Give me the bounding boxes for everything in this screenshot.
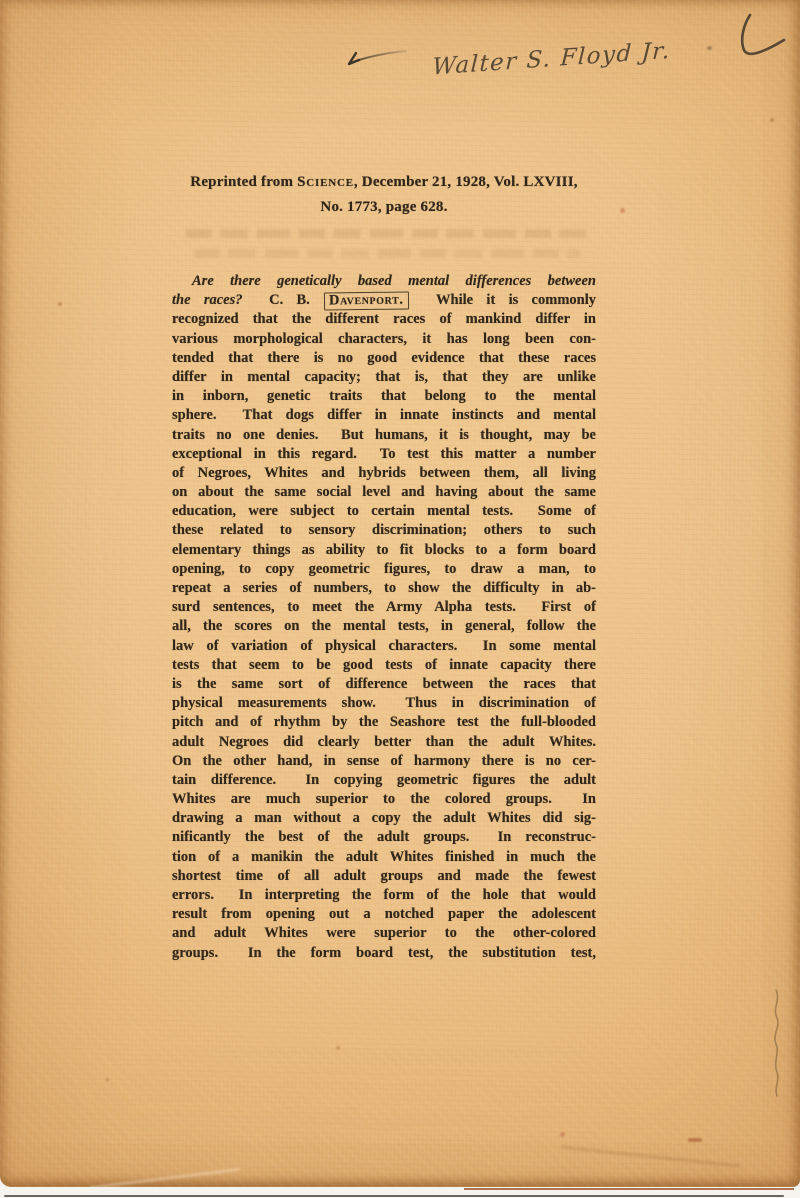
text-segment: traits no one denies. But humans, it is …: [172, 427, 596, 443]
text-segment: tests that seem to be good tests of inna…: [172, 657, 596, 673]
text-segment: On the other hand, in sense of harmony t…: [172, 753, 596, 769]
text-segment: adult Negroes did clearly better than th…: [172, 734, 596, 750]
text-segment: education, were subject to certain menta…: [172, 503, 596, 519]
scanned-document-page: Walter S. Floyd Jr. Reprinted from Scien…: [0, 0, 800, 1198]
text-line: adult Negroes did clearly better than th…: [172, 733, 596, 752]
header-suffix: , December 21, 1928, Vol. LXVIII,: [354, 174, 578, 190]
text-segment: sphere. That dogs differ in innate insti…: [172, 407, 596, 423]
text-line: surd sentences, to meet the Army Alpha t…: [172, 598, 596, 617]
text-line: on about the same social level and havin…: [172, 483, 596, 502]
text-line: physical measurements show. Thus in disc…: [172, 694, 596, 713]
text-segment: repeat a series of numbers, to show the …: [172, 580, 596, 596]
text-segment: tion of a manikin the adult Whites finis…: [172, 849, 596, 865]
text-segment: tain difference. In copying geometric fi…: [172, 772, 596, 788]
text-line: the races? C. B. Davenport. While it is …: [172, 291, 596, 310]
text-line: differ in mental capacity; that is, that…: [172, 368, 596, 387]
text-line: all, the scores on the mental tests, in …: [172, 617, 596, 636]
text-segment: tended that there is no good evidence th…: [172, 350, 596, 366]
text-line: these related to sensory discrimination;…: [172, 521, 596, 540]
text-segment: differ in mental capacity; that is, that…: [172, 369, 596, 385]
text-segment: opening, to copy geometric figures, to d…: [172, 561, 596, 577]
scanner-edge-line: [4, 1195, 784, 1197]
text-segment: the races?: [172, 292, 243, 308]
text-line: exceptional in this regard. To test this…: [172, 445, 596, 464]
text-line: tion of a manikin the adult Whites finis…: [172, 848, 596, 867]
text-line: shortest time of all adult groups and ma…: [172, 867, 596, 886]
text-line: traits no one denies. But humans, it is …: [172, 426, 596, 445]
text-line: elementary things as ability to fit bloc…: [172, 541, 596, 560]
text-segment: elementary things as ability to fit bloc…: [172, 542, 596, 558]
text-segment: on about the same social level and havin…: [172, 484, 596, 500]
text-line: nificantly the best of the adult groups.…: [172, 828, 596, 847]
boxed-author-name: Davenport.: [324, 292, 409, 311]
text-segment: recognized that the different races of m…: [172, 311, 596, 327]
text-segment: various morphological characters, it has…: [172, 331, 596, 347]
text-segment: C. B.: [243, 292, 324, 308]
text-line: law of variation of physical characters.…: [172, 637, 596, 656]
text-segment: nificantly the best of the adult groups.…: [172, 829, 596, 845]
text-segment: exceptional in this regard. To test this…: [172, 446, 596, 462]
text-segment: drawing a man without a copy the adult W…: [172, 810, 596, 826]
text-segment: of Negroes, Whites and hybrids between t…: [172, 465, 596, 481]
text-line: groups. In the form board test, the subs…: [172, 944, 596, 963]
article-body: Are there genetically based mental diffe…: [172, 272, 596, 963]
text-line: Are there genetically based mental diffe…: [172, 272, 596, 291]
journal-name: Science: [297, 174, 354, 190]
text-segment: and adult Whites were superior to the ot…: [172, 925, 596, 941]
text-line: and adult Whites were superior to the ot…: [172, 924, 596, 943]
header-prefix: Reprinted from: [190, 174, 297, 190]
text-segment: groups. In the form board test, the subs…: [172, 945, 596, 961]
text-segment: is the same sort of difference between t…: [172, 676, 596, 692]
text-line: tain difference. In copying geometric fi…: [172, 771, 596, 790]
text-line: of Negroes, Whites and hybrids between t…: [172, 464, 596, 483]
rust-edge-line: [464, 1188, 794, 1190]
text-segment: While it is commonly: [410, 292, 596, 308]
text-line: repeat a series of numbers, to show the …: [172, 579, 596, 598]
text-line: tended that there is no good evidence th…: [172, 349, 596, 368]
text-segment: surd sentences, to meet the Army Alpha t…: [172, 599, 596, 615]
text-line: in inborn, genetic traits that belong to…: [172, 387, 596, 406]
text-line: education, were subject to certain menta…: [172, 502, 596, 521]
text-segment: result from opening out a notched paper …: [172, 906, 596, 922]
text-segment: all, the scores on the mental tests, in …: [172, 618, 596, 634]
reprint-header: Reprinted from Science, December 21, 192…: [172, 170, 596, 220]
text-line: various morphological characters, it has…: [172, 330, 596, 349]
text-line: recognized that the different races of m…: [172, 310, 596, 329]
text-line: pitch and of rhythm by the Seashore test…: [172, 713, 596, 732]
text-line: drawing a man without a copy the adult W…: [172, 809, 596, 828]
text-segment: shortest time of all adult groups and ma…: [172, 868, 596, 884]
text-segment: in inborn, genetic traits that belong to…: [172, 388, 596, 404]
text-line: tests that seem to be good tests of inna…: [172, 656, 596, 675]
reprint-header-line1: Reprinted from Science, December 21, 192…: [172, 170, 596, 195]
text-segment: Whites are much superior to the colored …: [172, 791, 596, 807]
text-line: errors. In interpreting the form of the …: [172, 886, 596, 905]
text-line: Whites are much superior to the colored …: [172, 790, 596, 809]
text-segment: pitch and of rhythm by the Seashore test…: [172, 714, 596, 730]
text-segment: these related to sensory discrimination;…: [172, 522, 596, 538]
text-line: On the other hand, in sense of harmony t…: [172, 752, 596, 771]
text-line: sphere. That dogs differ in innate insti…: [172, 406, 596, 425]
text-segment: errors. In interpreting the form of the …: [172, 887, 596, 903]
reprint-header-line2: No. 1773, page 628.: [172, 195, 596, 220]
text-line: result from opening out a notched paper …: [172, 905, 596, 924]
text-segment: Are there genetically based mental diffe…: [192, 273, 596, 289]
text-segment: physical measurements show. Thus in disc…: [172, 695, 596, 711]
text-segment: law of variation of physical characters.…: [172, 638, 596, 654]
text-line: is the same sort of difference between t…: [172, 675, 596, 694]
text-line: opening, to copy geometric figures, to d…: [172, 560, 596, 579]
